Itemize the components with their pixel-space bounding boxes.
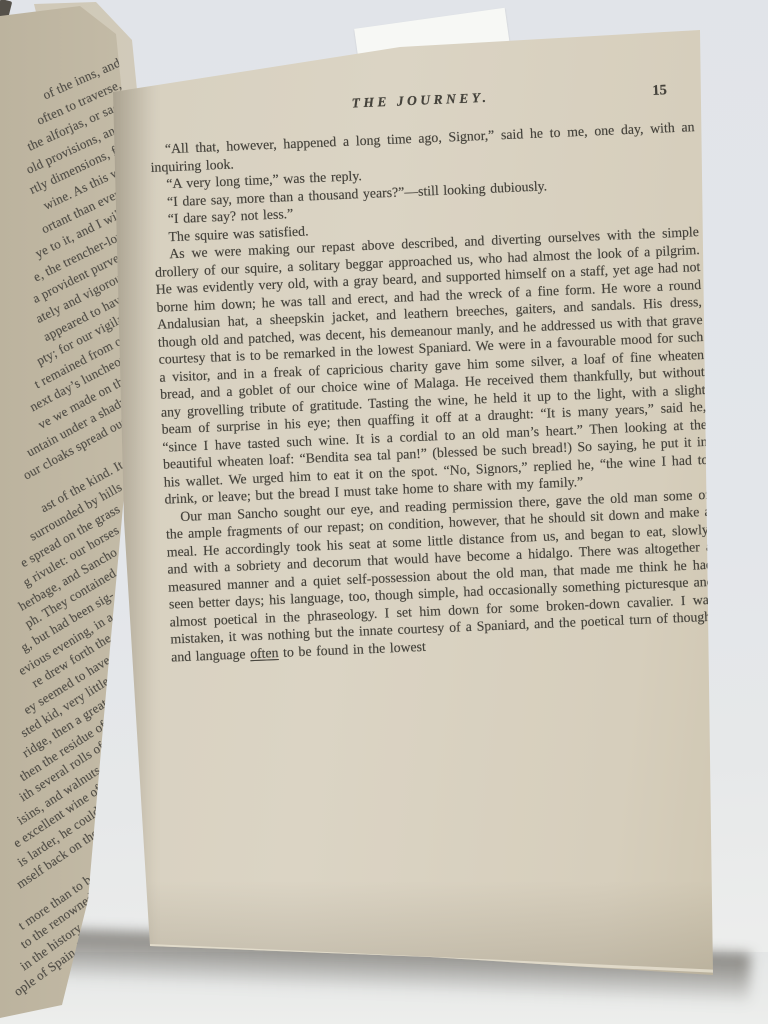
paragraph: Our man Sancho sought our eye, and readi… bbox=[165, 485, 716, 665]
page-header: THE JOURNEY. 15 bbox=[148, 81, 693, 124]
page-number: 15 bbox=[652, 82, 667, 100]
pencil-underlined-word: often bbox=[250, 645, 279, 661]
printed-text-block: THE JOURNEY. 15 “All that, however, happ… bbox=[148, 81, 716, 665]
page-body-text: “All that, however, happened a long time… bbox=[150, 118, 717, 665]
running-head-title: THE JOURNEY. bbox=[148, 81, 693, 120]
paragraph: As we were making our repast above descr… bbox=[154, 223, 710, 508]
